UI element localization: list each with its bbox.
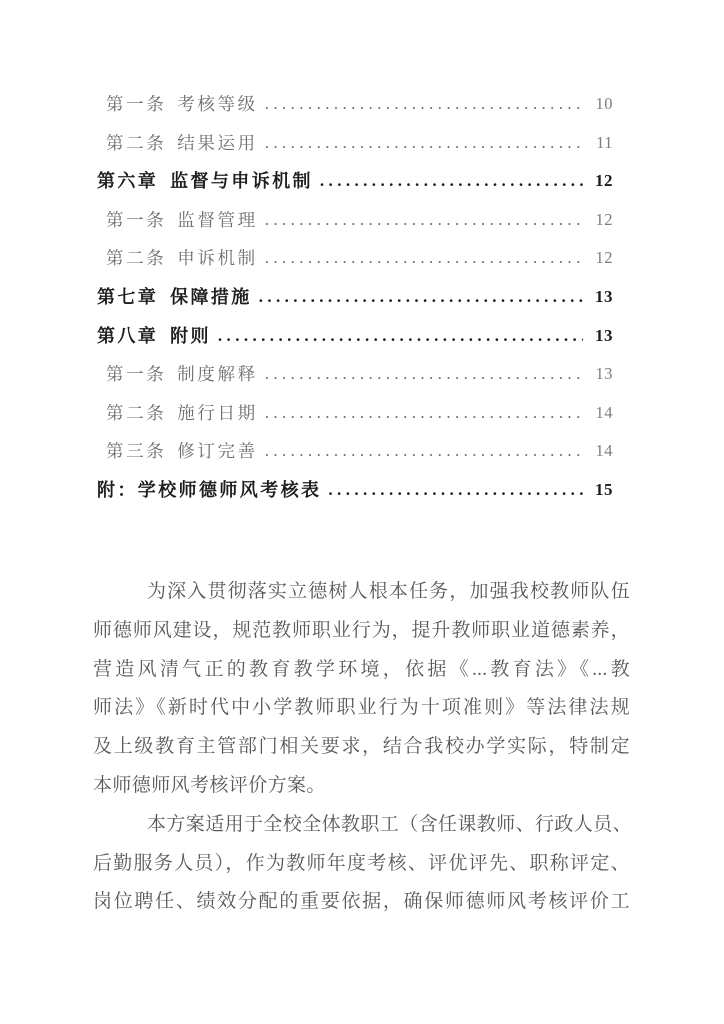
- paragraph-scope: 本方案适用于全校全体教职工（含任课教师、行政人员、 后勤服务人员），作为教师年度…: [93, 806, 630, 922]
- text-line: 师法》《新时代中小学教师职业行为十项准则》等法律法规: [93, 689, 630, 728]
- text-line: 为深入贯彻落实立德树人根本任务，加强我校教师队伍: [93, 573, 630, 612]
- toc-leader-dots: ........................................…: [265, 355, 583, 394]
- toc-page-number: 14: [583, 394, 613, 433]
- text-line: 本方案适用于全校全体教职工（含任课教师、行政人员、: [93, 806, 630, 845]
- toc-entry: 第二条 申诉机制 ...............................…: [97, 239, 613, 278]
- toc-page-number: 12: [583, 201, 613, 240]
- toc-leader-dots: ........................................…: [218, 317, 583, 356]
- toc-page-number: 10: [583, 85, 613, 124]
- paragraph-intro: 为深入贯彻落实立德树人根本任务，加强我校教师队伍 师德师风建设，规范教师职业行为…: [93, 573, 630, 806]
- toc-entry: 第一条 制度解释 ...............................…: [97, 355, 613, 394]
- toc-entry: 第六章 监督与申诉机制 ............................…: [97, 162, 613, 201]
- toc-entry-label: 第二条 申诉机制: [106, 239, 258, 278]
- toc-leader-dots: ........................................…: [265, 85, 583, 124]
- toc-entry: 第八章 附则 .................................…: [97, 317, 613, 356]
- toc-entry: 第二条 结果运用 ...............................…: [97, 124, 613, 163]
- toc-leader-dots: ........................................…: [328, 471, 583, 510]
- toc-page-number: 13: [583, 317, 613, 356]
- toc-leader-dots: ........................................…: [265, 201, 583, 240]
- toc-leader-dots: ........................................…: [320, 162, 583, 201]
- text-line: 后勤服务人员），作为教师年度考核、评优评先、职称评定、: [93, 845, 630, 884]
- toc-entry-label: 第一条 制度解释: [106, 355, 258, 394]
- toc-leader-dots: ........................................…: [265, 394, 583, 433]
- toc-leader-dots: ........................................…: [259, 278, 583, 317]
- toc-page-number: 12: [583, 239, 613, 278]
- toc-entry-label: 第一条 考核等级: [106, 85, 258, 124]
- toc-entry-label: 第八章 附则: [97, 317, 211, 356]
- text-line: 岗位聘任、绩效分配的重要依据，确保师德师风考核评价工: [93, 883, 630, 922]
- toc-entry-label: 附：学校师德师风考核表: [97, 471, 321, 510]
- toc-entry-label: 第一条 监督管理: [106, 201, 258, 240]
- toc-entry: 第三条 修订完善 ...............................…: [97, 432, 613, 471]
- document-body: 为深入贯彻落实立德树人根本任务，加强我校教师队伍 师德师风建设，规范教师职业行为…: [93, 573, 630, 922]
- toc-page-number: 14: [583, 432, 613, 471]
- toc-entry-label: 第三条 修订完善: [106, 432, 258, 471]
- text-line: 本师德师风考核评价方案。: [93, 767, 630, 806]
- toc-entry-label: 第二条 结果运用: [106, 124, 258, 163]
- toc-entry-label: 第七章 保障措施: [97, 278, 252, 317]
- text-line: 师德师风建设，规范教师职业行为，提升教师职业道德素养，: [93, 612, 630, 651]
- toc-leader-dots: ........................................…: [265, 432, 583, 471]
- table-of-contents: 第一条 考核等级 ...............................…: [97, 85, 613, 510]
- toc-entry: 附：学校师德师风考核表 ............................…: [97, 471, 613, 510]
- toc-leader-dots: ........................................…: [265, 239, 583, 278]
- text-line: 营造风清气正的教育教学环境，依据《...教育法》《...教: [93, 651, 630, 690]
- toc-entry: 第一条 考核等级 ...............................…: [97, 85, 613, 124]
- toc-entry: 第七章 保障措施 ...............................…: [97, 278, 613, 317]
- toc-page-number: 13: [583, 355, 613, 394]
- toc-entry: 第一条 监督管理 ...............................…: [97, 201, 613, 240]
- toc-page-number: 12: [583, 162, 613, 201]
- toc-leader-dots: ........................................…: [265, 124, 583, 163]
- document-page: 第一条 考核等级 ...............................…: [0, 0, 724, 1024]
- toc-entry: 第二条 施行日期 ...............................…: [97, 394, 613, 433]
- toc-page-number: 15: [583, 471, 613, 510]
- toc-entry-label: 第六章 监督与申诉机制: [97, 162, 313, 201]
- toc-page-number: 11: [583, 124, 613, 163]
- toc-page-number: 13: [583, 278, 613, 317]
- toc-entry-label: 第二条 施行日期: [106, 394, 258, 433]
- text-line: 及上级教育主管部门相关要求，结合我校办学实际，特制定: [93, 728, 630, 767]
